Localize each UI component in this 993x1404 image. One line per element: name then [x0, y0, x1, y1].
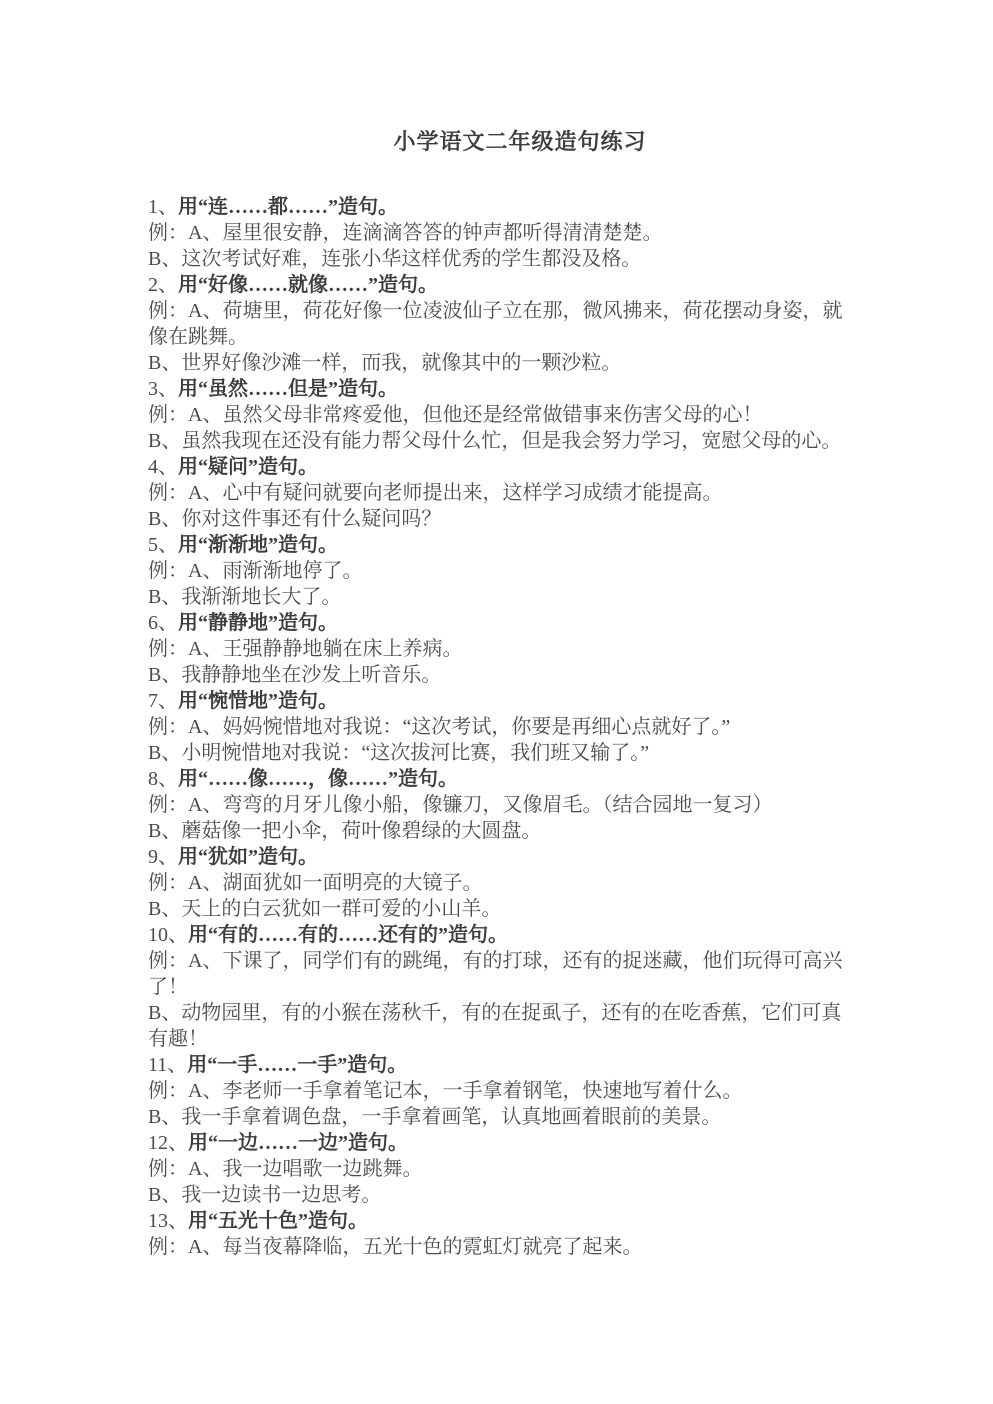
example-line: 例：A、每当夜幕降临，五光十色的霓虹灯就亮了起来。 — [148, 1234, 848, 1260]
example-line: B、你对这件事还有什么疑问吗？ — [148, 506, 848, 532]
item-header: 12、用“一边……一边”造句。 — [148, 1130, 848, 1156]
example-line: 例：A、心中有疑问就要向老师提出来，这样学习成绩才能提高。 — [148, 480, 848, 506]
item-number: 3、 — [148, 378, 178, 400]
exercise-item-6: 6、用“静静地”造句。 例：A、王强静静地躺在床上养病。 B、我静静地坐在沙发上… — [148, 610, 848, 688]
item-header: 2、用“好像……就像……”造句。 — [148, 272, 848, 298]
item-pattern: 用“静静地”造句。 — [178, 612, 338, 634]
example-line: B、小明惋惜地对我说：“这次拔河比赛，我们班又输了。” — [148, 740, 848, 766]
exercise-item-5: 5、用“渐渐地”造句。 例：A、雨渐渐地停了。 B、我渐渐地长大了。 — [148, 532, 848, 610]
item-pattern: 用“一边……一边”造句。 — [188, 1132, 408, 1154]
document-page: 小学语文二年级造句练习 1、用“连……都……”造句。 例：A、屋里很安静，连滴滴… — [0, 0, 993, 1404]
example-line: B、这次考试好难，连张小华这样优秀的学生都没及格。 — [148, 246, 848, 272]
item-pattern: 用“有的……有的……还有的”造句。 — [188, 924, 508, 946]
item-pattern: 用“连……都……”造句。 — [178, 196, 398, 218]
item-number: 4、 — [148, 456, 178, 478]
exercise-item-9: 9、用“犹如”造句。 例：A、湖面犹如一面明亮的大镜子。 B、天上的白云犹如一群… — [148, 844, 848, 922]
item-pattern: 用“五光十色”造句。 — [188, 1210, 368, 1232]
item-pattern: 用“渐渐地”造句。 — [178, 534, 338, 556]
exercise-item-13: 13、用“五光十色”造句。 例：A、每当夜幕降临，五光十色的霓虹灯就亮了起来。 — [148, 1208, 848, 1260]
item-number: 6、 — [148, 612, 178, 634]
item-number: 2、 — [148, 274, 178, 296]
exercise-item-12: 12、用“一边……一边”造句。 例：A、我一边唱歌一边跳舞。 B、我一边读书一边… — [148, 1130, 848, 1208]
example-line: B、天上的白云犹如一群可爱的小山羊。 — [148, 896, 848, 922]
example-line: B、虽然我现在还没有能力帮父母什么忙，但是我会努力学习，宽慰父母的心。 — [148, 428, 848, 454]
item-header: 7、用“惋惜地”造句。 — [148, 688, 848, 714]
item-header: 10、用“有的……有的……还有的”造句。 — [148, 922, 848, 948]
item-pattern: 用“惋惜地”造句。 — [178, 690, 338, 712]
item-header: 5、用“渐渐地”造句。 — [148, 532, 848, 558]
item-pattern: 用“……像……，像……”造句。 — [178, 768, 458, 790]
exercise-item-11: 11、用“一手……一手”造句。 例：A、李老师一手拿着笔记本，一手拿着钢笔，快速… — [148, 1052, 848, 1130]
item-number: 10、 — [148, 924, 188, 946]
item-number: 12、 — [148, 1132, 188, 1154]
item-number: 11、 — [148, 1054, 187, 1076]
exercise-item-7: 7、用“惋惜地”造句。 例：A、妈妈惋惜地对我说：“这次考试，你要是再细心点就好… — [148, 688, 848, 766]
example-line: 例：A、屋里很安静，连滴滴答答的钟声都听得清清楚楚。 — [148, 220, 848, 246]
example-line: B、我渐渐地长大了。 — [148, 584, 848, 610]
item-header: 3、用“虽然……但是”造句。 — [148, 376, 848, 402]
example-line: B、我一边读书一边思考。 — [148, 1182, 848, 1208]
item-number: 13、 — [148, 1210, 188, 1232]
example-line: 例：A、我一边唱歌一边跳舞。 — [148, 1156, 848, 1182]
exercise-item-1: 1、用“连……都……”造句。 例：A、屋里很安静，连滴滴答答的钟声都听得清清楚楚… — [148, 194, 848, 272]
example-line: 例：A、湖面犹如一面明亮的大镜子。 — [148, 870, 848, 896]
exercise-item-4: 4、用“疑问”造句。 例：A、心中有疑问就要向老师提出来，这样学习成绩才能提高。… — [148, 454, 848, 532]
item-number: 1、 — [148, 196, 178, 218]
item-header: 1、用“连……都……”造句。 — [148, 194, 848, 220]
item-pattern: 用“好像……就像……”造句。 — [178, 274, 438, 296]
item-pattern: 用“虽然……但是”造句。 — [178, 378, 398, 400]
item-pattern: 用“疑问”造句。 — [178, 456, 318, 478]
example-line: 例：A、虽然父母非常疼爱他，但他还是经常做错事来伤害父母的心！ — [148, 402, 848, 428]
item-header: 9、用“犹如”造句。 — [148, 844, 848, 870]
example-line: 例：A、李老师一手拿着笔记本，一手拿着钢笔，快速地写着什么。 — [148, 1078, 848, 1104]
example-line: B、我一手拿着调色盘，一手拿着画笔，认真地画着眼前的美景。 — [148, 1104, 848, 1130]
exercise-item-3: 3、用“虽然……但是”造句。 例：A、虽然父母非常疼爱他，但他还是经常做错事来伤… — [148, 376, 848, 454]
item-number: 9、 — [148, 846, 178, 868]
item-number: 5、 — [148, 534, 178, 556]
exercise-item-8: 8、用“……像……，像……”造句。 例：A、弯弯的月牙儿像小船，像镰刀，又像眉毛… — [148, 766, 848, 844]
example-line: 例：A、雨渐渐地停了。 — [148, 558, 848, 584]
example-line: 例：A、妈妈惋惜地对我说：“这次考试，你要是再细心点就好了。” — [148, 714, 848, 740]
example-line: 例：A、王强静静地躺在床上养病。 — [148, 636, 848, 662]
example-line: 例：A、荷塘里，荷花好像一位凌波仙子立在那，微风拂来，荷花摆动身姿，就像在跳舞。 — [148, 298, 848, 350]
item-pattern: 用“一手……一手”造句。 — [187, 1054, 407, 1076]
item-header: 11、用“一手……一手”造句。 — [148, 1052, 848, 1078]
item-number: 8、 — [148, 768, 178, 790]
example-line: 例：A、弯弯的月牙儿像小船，像镰刀，又像眉毛。（结合园地一复习） — [148, 792, 848, 818]
item-header: 6、用“静静地”造句。 — [148, 610, 848, 636]
page-title: 小学语文二年级造句练习 — [170, 127, 870, 157]
example-line: B、我静静地坐在沙发上听音乐。 — [148, 662, 848, 688]
item-number: 7、 — [148, 690, 178, 712]
exercise-item-10: 10、用“有的……有的……还有的”造句。 例：A、下课了，同学们有的跳绳，有的打… — [148, 922, 848, 1052]
exercise-list: 1、用“连……都……”造句。 例：A、屋里很安静，连滴滴答答的钟声都听得清清楚楚… — [148, 194, 848, 1260]
item-pattern: 用“犹如”造句。 — [178, 846, 318, 868]
example-line: 例：A、下课了，同学们有的跳绳，有的打球，还有的捉迷藏，他们玩得可高兴了！ — [148, 948, 848, 1000]
example-line: B、动物园里，有的小猴在荡秋千，有的在捉虱子，还有的在吃香蕉，它们可真有趣！ — [148, 1000, 848, 1052]
item-header: 4、用“疑问”造句。 — [148, 454, 848, 480]
exercise-item-2: 2、用“好像……就像……”造句。 例：A、荷塘里，荷花好像一位凌波仙子立在那，微… — [148, 272, 848, 376]
example-line: B、蘑菇像一把小伞，荷叶像碧绿的大圆盘。 — [148, 818, 848, 844]
example-line: B、世界好像沙滩一样，而我，就像其中的一颗沙粒。 — [148, 350, 848, 376]
item-header: 8、用“……像……，像……”造句。 — [148, 766, 848, 792]
item-header: 13、用“五光十色”造句。 — [148, 1208, 848, 1234]
